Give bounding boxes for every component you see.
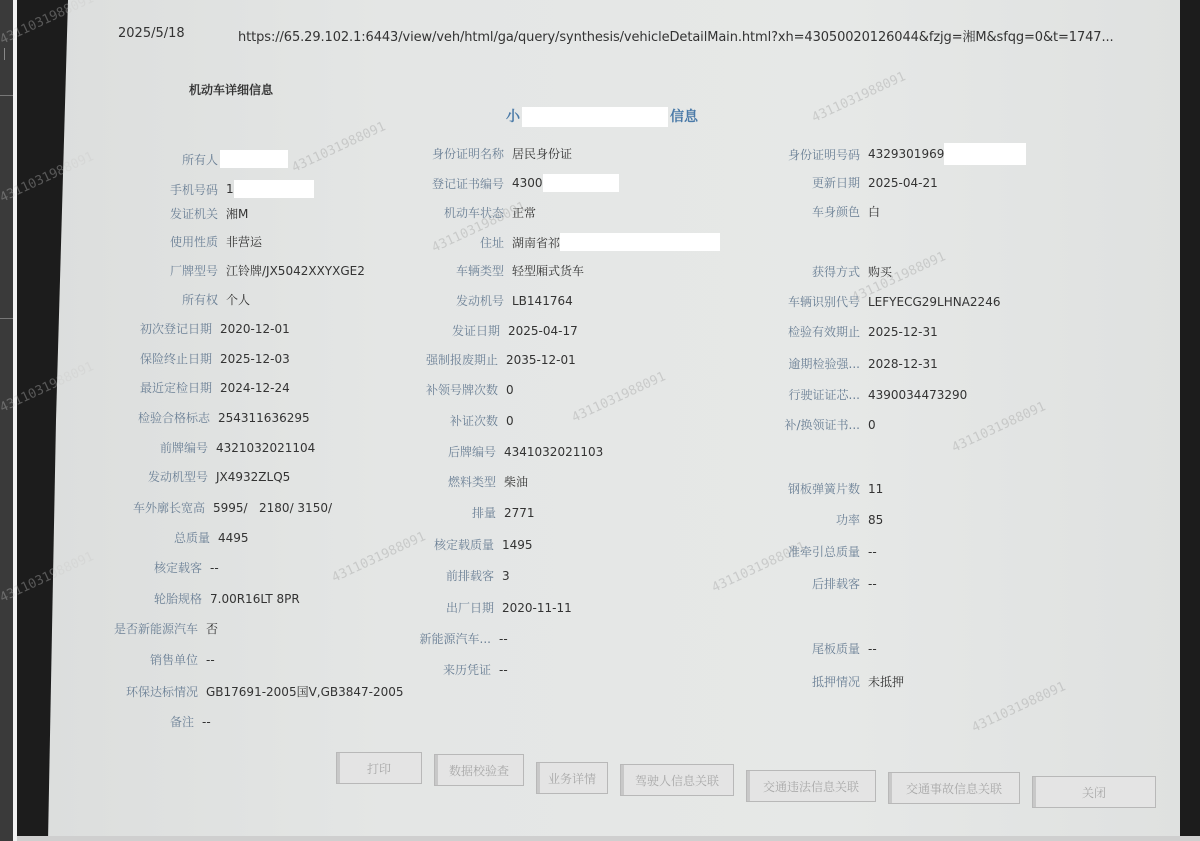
field-value: 白 — [868, 203, 880, 220]
field-mortgage-status: 抵押情况 未抵押 — [770, 673, 904, 690]
field-value: 85 — [868, 513, 883, 527]
business-details-button[interactable]: 业务详情 — [536, 762, 608, 794]
field-remarks: 备注 -- — [110, 713, 211, 730]
field-value: 2025-04-21 — [868, 176, 938, 190]
redaction-mask — [234, 180, 314, 198]
field-label: 强制报废期止 — [410, 351, 498, 368]
field-value: 2025-12-31 — [868, 325, 938, 339]
field-label: 轮胎规格 — [120, 590, 202, 607]
field-label: 发动机号 — [420, 292, 504, 309]
field-rear-passengers: 后排载客 -- — [770, 575, 877, 592]
field-value: 7.00R16LT 8PR — [210, 592, 300, 606]
field-label: 最近定检日期 — [130, 379, 212, 396]
bottom-edge — [17, 836, 1200, 841]
field-manufacture-date: 出厂日期 2020-11-11 — [410, 599, 572, 616]
field-first-registration-date: 初次登记日期 2020-12-01 — [130, 320, 290, 337]
field-label: 环保达标情况 — [110, 683, 198, 700]
field-label: 登记证书编号 — [420, 175, 504, 192]
field-issuing-authority: 发证机关 湘M — [140, 205, 248, 222]
field-label: 准牵引总质量 — [770, 543, 860, 560]
field-value: 4329301969 — [868, 147, 944, 161]
field-value: 254311636295 — [218, 411, 310, 425]
divider — [0, 95, 13, 96]
field-value: 0 — [868, 418, 876, 432]
field-value: 未抵押 — [868, 673, 904, 690]
field-value: 否 — [206, 620, 218, 637]
field-value: -- — [499, 632, 508, 646]
field-label: 新能源汽车... — [405, 630, 491, 647]
field-label: 厂牌型号 — [140, 262, 218, 279]
field-value: 湘M — [226, 205, 248, 222]
field-usage: 使用性质 非营运 — [140, 233, 262, 250]
field-value: 2024-12-24 — [220, 381, 290, 395]
field-vin: 车辆识别代号 LEFYECG29LHNA2246 — [770, 293, 1000, 310]
field-plate-reissue-count: 补领号牌次数 0 — [410, 381, 514, 398]
field-value: -- — [210, 561, 219, 575]
field-label: 补证次数 — [410, 412, 498, 429]
field-label: 身份证明名称 — [420, 145, 504, 162]
traffic-violation-link-button[interactable]: 交通违法信息关联 — [746, 770, 876, 802]
field-value: LEFYECG29LHNA2246 — [868, 295, 1000, 309]
field-insurance-end-date: 保险终止日期 2025-12-03 — [130, 350, 290, 367]
field-total-mass: 总质量 4495 — [125, 529, 249, 546]
field-label: 补领号牌次数 — [410, 381, 498, 398]
field-label: 备注 — [110, 713, 194, 730]
redaction-mask — [220, 150, 288, 168]
field-inspection-mark: 检验合格标志 254311636295 — [125, 409, 310, 426]
driver-info-link-button[interactable]: 驾驶人信息关联 — [620, 764, 734, 796]
field-value: 4495 — [218, 531, 249, 545]
field-label: 销售单位 — [110, 651, 198, 668]
field-front-passengers: 前排载客 3 — [410, 567, 510, 584]
print-button[interactable]: 打印 — [336, 752, 422, 784]
print-url: https://65.29.102.1:6443/view/veh/html/g… — [238, 26, 1114, 45]
page-title: 小信息 — [506, 106, 698, 127]
field-overdue-inspection: 逾期检验强... 2028-12-31 — [770, 355, 938, 372]
field-vehicle-status: 机动车状态 正常 — [420, 204, 536, 221]
field-value: -- — [868, 642, 877, 656]
field-value: 江铃牌/JX5042XXYXGE2 — [226, 262, 365, 279]
field-label: 更新日期 — [770, 174, 860, 191]
watermark: 4311031988091 — [950, 399, 1049, 456]
field-value: 1 — [226, 182, 234, 196]
field-engine-model: 发动机型号 JX4932ZLQ5 — [125, 468, 290, 485]
field-value: 2035-12-01 — [506, 353, 576, 367]
data-check-button[interactable]: 数据校验查 — [434, 754, 524, 786]
redaction-mask — [543, 174, 619, 192]
field-label: 前排载客 — [410, 567, 494, 584]
field-value: -- — [499, 663, 508, 677]
field-owner: 所有人 — [140, 150, 288, 168]
field-label: 发动机型号 — [125, 468, 208, 485]
field-value: 2025-12-03 — [220, 352, 290, 366]
field-label: 排量 — [410, 504, 496, 521]
field-value: GB17691-2005国Ⅴ,GB3847-2005 — [206, 683, 404, 700]
field-label: 核定载客 — [120, 559, 202, 576]
divider — [0, 318, 13, 319]
field-label: 住址 — [420, 234, 504, 251]
title-prefix: 小 — [506, 109, 520, 125]
left-window-edge — [0, 0, 13, 841]
field-engine-number: 发动机号 LB141764 — [420, 292, 573, 309]
field-value: 居民身份证 — [512, 145, 572, 162]
field-inspection-valid-until: 检验有效期止 2025-12-31 — [770, 323, 938, 340]
field-value: 非营运 — [226, 233, 262, 250]
title-suffix: 信息 — [670, 109, 698, 125]
field-value: 4390034473290 — [868, 388, 967, 402]
section-title: 机动车详细信息 — [189, 81, 273, 98]
field-label: 抵押情况 — [770, 673, 860, 690]
field-label: 行驶证证芯... — [770, 386, 860, 403]
field-label: 后排载客 — [770, 575, 860, 592]
field-id-document-name: 身份证明名称 居民身份证 — [420, 145, 572, 162]
field-rated-passengers: 核定载客 -- — [120, 559, 219, 576]
field-label: 前牌编号 — [125, 439, 208, 456]
field-value: 轻型厢式货车 — [512, 262, 584, 279]
print-date: 2025/5/18 — [118, 26, 185, 41]
traffic-accident-link-button[interactable]: 交通事故信息关联 — [888, 772, 1020, 804]
field-label: 所有人 — [140, 151, 218, 168]
field-cert-reissue-count: 补证次数 0 — [410, 412, 514, 429]
field-value: 个人 — [226, 291, 250, 308]
field-is-new-energy: 是否新能源汽车 否 — [110, 620, 218, 637]
field-value: -- — [202, 715, 211, 729]
watermark: 4311031988091 — [810, 69, 909, 126]
field-brand-model: 厂牌型号 江铃牌/JX5042XXYXGE2 — [140, 262, 365, 279]
field-phone: 手机号码 1 — [140, 180, 314, 198]
field-label: 核定载质量 — [410, 536, 494, 553]
field-displacement: 排量 2771 — [410, 504, 535, 521]
field-id-number: 身份证明号码 4329301969 — [770, 143, 1026, 165]
field-value: 4300 — [512, 176, 543, 190]
watermark: 4311031988091 — [970, 679, 1069, 736]
field-label: 检验合格标志 — [125, 409, 210, 426]
field-label: 手机号码 — [140, 181, 218, 198]
field-fuel-type: 燃料类型 柴油 — [410, 473, 528, 490]
field-value: LB141764 — [512, 294, 573, 308]
field-label: 补/换领证书... — [770, 416, 860, 433]
field-label: 机动车状态 — [420, 204, 504, 221]
field-label: 逾期检验强... — [770, 355, 860, 372]
field-value: -- — [206, 653, 215, 667]
field-tire-spec: 轮胎规格 7.00R16LT 8PR — [120, 590, 300, 607]
field-value: -- — [868, 545, 877, 559]
field-sales-unit: 销售单位 -- — [110, 651, 215, 668]
field-origin-certificate: 来历凭证 -- — [405, 661, 508, 678]
field-value: 2020-11-11 — [502, 601, 572, 615]
field-front-plate-number: 前牌编号 4321032021104 — [125, 439, 315, 456]
field-value: 正常 — [512, 204, 536, 221]
field-value: 2771 — [504, 506, 535, 520]
field-rated-load: 核定载质量 1495 — [410, 536, 533, 553]
watermark: 4311031988091 — [570, 369, 669, 426]
field-label: 使用性质 — [140, 233, 218, 250]
field-label: 尾板质量 — [770, 640, 860, 657]
field-value: -- — [868, 577, 877, 591]
field-value: 0 — [506, 414, 514, 428]
field-power: 功率 85 — [770, 511, 883, 528]
field-label: 燃料类型 — [410, 473, 496, 490]
edge-mark — [4, 48, 11, 60]
field-label: 检验有效期止 — [770, 323, 860, 340]
field-label: 发证机关 — [140, 205, 218, 222]
field-value: 5995/ 2180/ 3150/ — [213, 501, 332, 515]
field-tailgate-mass: 尾板质量 -- — [770, 640, 877, 657]
field-label: 车外廓长宽高 — [120, 499, 205, 516]
field-body-color: 车身颜色 白 — [770, 203, 880, 220]
field-registration-cert-number: 登记证书编号 4300 — [420, 174, 619, 192]
field-value: 2028-12-31 — [868, 357, 938, 371]
field-dimensions: 车外廓长宽高 5995/ 2180/ 3150/ — [120, 499, 332, 516]
field-label: 身份证明号码 — [770, 146, 860, 163]
field-label: 保险终止日期 — [130, 350, 212, 367]
field-label: 获得方式 — [770, 263, 860, 280]
field-value: 4341032021103 — [504, 445, 603, 459]
field-address: 住址 湖南省祁 — [420, 233, 720, 251]
field-label: 所有权 — [140, 291, 218, 308]
field-environmental-compliance: 环保达标情况 GB17691-2005国Ⅴ,GB3847-2005 — [110, 683, 404, 700]
field-vehicle-type: 车辆类型 轻型厢式货车 — [420, 262, 584, 279]
field-label: 功率 — [770, 511, 860, 528]
field-value: 柴油 — [504, 473, 528, 490]
redaction-mask — [944, 143, 1026, 165]
field-label: 初次登记日期 — [130, 320, 212, 337]
field-value: 4321032021104 — [216, 441, 315, 455]
field-rear-plate-number: 后牌编号 4341032021103 — [410, 443, 603, 460]
field-label: 后牌编号 — [410, 443, 496, 460]
field-label: 是否新能源汽车 — [110, 620, 198, 637]
field-label: 车辆类型 — [420, 262, 504, 279]
field-label: 车辆识别代号 — [770, 293, 860, 310]
field-leaf-springs: 钢板弹簧片数 11 — [770, 480, 883, 497]
close-button[interactable]: 关闭 — [1032, 776, 1156, 808]
watermark: 4311031988091 — [290, 119, 389, 176]
field-update-date: 更新日期 2025-04-21 — [770, 174, 938, 191]
field-label: 钢板弹簧片数 — [770, 480, 860, 497]
field-label: 总质量 — [125, 529, 210, 546]
field-value: 购买 — [868, 263, 892, 280]
field-cert-replacement: 补/换领证书... 0 — [770, 416, 876, 433]
field-value: 0 — [506, 383, 514, 397]
field-label: 发证日期 — [420, 322, 500, 339]
field-label: 来历凭证 — [405, 661, 491, 678]
field-value: 1495 — [502, 538, 533, 552]
field-value: 11 — [868, 482, 883, 496]
field-value: 2020-12-01 — [220, 322, 290, 336]
redaction-mask — [522, 107, 668, 127]
field-value: JX4932ZLQ5 — [216, 470, 290, 484]
field-label: 车身颜色 — [770, 203, 860, 220]
field-new-energy-type: 新能源汽车... -- — [405, 630, 508, 647]
field-ownership: 所有权 个人 — [140, 291, 250, 308]
field-license-chip: 行驶证证芯... 4390034473290 — [770, 386, 967, 403]
redaction-mask — [560, 233, 720, 251]
field-scrap-deadline: 强制报废期止 2035-12-01 — [410, 351, 576, 368]
field-value: 3 — [502, 569, 510, 583]
field-cert-issue-date: 发证日期 2025-04-17 — [420, 322, 578, 339]
field-acquisition-method: 获得方式 购买 — [770, 263, 892, 280]
field-label: 出厂日期 — [410, 599, 494, 616]
field-last-inspection-date: 最近定检日期 2024-12-24 — [130, 379, 290, 396]
field-value: 湖南省祁 — [512, 234, 560, 251]
field-value: 2025-04-17 — [508, 324, 578, 338]
field-towing-mass: 准牵引总质量 -- — [770, 543, 877, 560]
